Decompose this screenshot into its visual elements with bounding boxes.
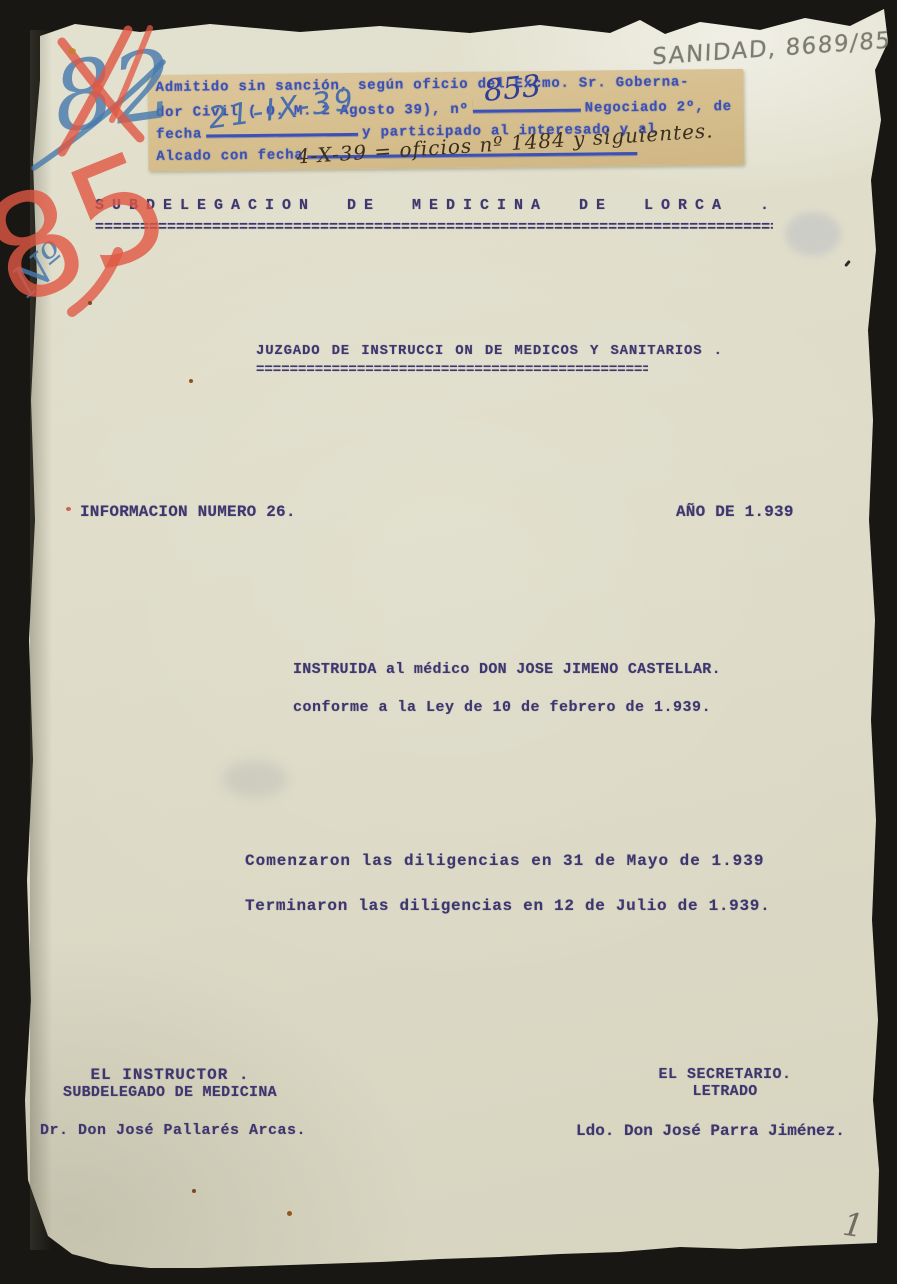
foxing-spot-1 <box>88 301 92 305</box>
letterhead-title-rule: ========================================… <box>95 219 773 236</box>
instructor-role-1: EL INSTRUCTOR . <box>35 1066 305 1084</box>
stamp-line-4-text: Alcado con fecha <box>156 147 303 165</box>
blue-smudge <box>785 212 841 256</box>
secretary-role-1: EL SECRETARIO. <box>590 1066 860 1083</box>
case-file-number: INFORMACION NUMERO 26. <box>80 503 296 521</box>
signature-block-secretary: EL SECRETARIO. LETRADO <box>590 1066 860 1100</box>
foxing-spot-2 <box>189 379 193 383</box>
secretary-name: Ldo. Don José Parra Jiménez. <box>576 1122 845 1140</box>
red-tick-mark <box>66 507 71 511</box>
instructor-role-2: SUBDELEGADO DE MEDICINA <box>35 1084 305 1101</box>
signature-block-instructor: EL INSTRUCTOR . SUBDELEGADO DE MEDICINA <box>35 1066 305 1101</box>
instructor-name: Dr. Don José Pallarés Arcas. <box>40 1122 306 1139</box>
proceedings-started: Comenzaron las diligencias en 31 de Mayo… <box>245 852 764 870</box>
admission-stamp: Admitido sin sanción, según oficio del E… <box>148 69 745 171</box>
case-year: AÑO DE 1.939 <box>676 503 794 521</box>
gray-smudge <box>222 760 288 798</box>
subject-line-1: INSTRUIDA al médico DON JOSE JIMENO CAST… <box>293 661 721 678</box>
foxing-spot-3 <box>192 1189 196 1193</box>
foxing-spot-4 <box>287 1211 292 1216</box>
stamp-line-3-text: fecha <box>156 127 202 143</box>
letterhead-subtitle: JUZGADO DE INSTRUCCI ON DE MEDICOS Y SAN… <box>256 343 723 359</box>
stamp-line-2-text-after: Negociado 2º, de <box>585 99 732 117</box>
proceedings-ended: Terminaron las diligencias en 12 de Juli… <box>245 897 770 915</box>
secretary-role-2: LETRADO <box>590 1083 860 1100</box>
subject-line-2: conforme a la Ley de 10 de febrero de 1.… <box>293 699 711 716</box>
letterhead-title: SUBDELEGACION DE MEDICINA DE LORCA . <box>95 197 777 214</box>
handwritten-case-number: 853 <box>482 69 542 109</box>
scanned-document: SANIDAD, 8689/85 Admitido sin sanción, s… <box>0 0 897 1284</box>
stamp-line-1: Admitido sin sanción, según oficio del E… <box>156 74 690 96</box>
orange-fleck <box>68 48 76 54</box>
letterhead-subtitle-rule: ========================================… <box>256 362 648 378</box>
